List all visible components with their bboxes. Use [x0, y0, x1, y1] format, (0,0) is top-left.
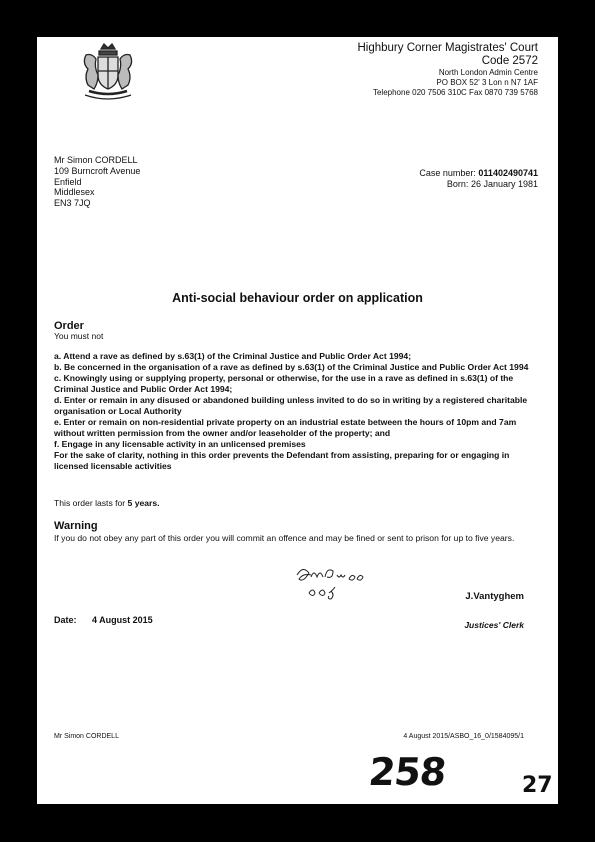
footer-reference: 4 August 2015/ASBO_16_0/1584095/1 — [403, 733, 524, 740]
warning-heading: Warning — [54, 520, 98, 532]
court-code: Code 2572 — [357, 55, 538, 68]
handwritten-signature — [287, 557, 377, 612]
clerk-role: Justices' Clerk — [464, 620, 524, 630]
document-page: Highbury Corner Magistrates' Court Code … — [37, 37, 558, 804]
recipient-address: Mr Simon CORDELL 109 Burncroft Avenue En… — [54, 155, 140, 209]
address-line: Middlesex — [54, 187, 140, 198]
date-value: 4 August 2015 — [92, 615, 153, 625]
court-header: Highbury Corner Magistrates' Court Code … — [357, 42, 538, 98]
address-line: Mr Simon CORDELL — [54, 155, 140, 166]
court-name: Highbury Corner Magistrates' Court — [357, 42, 538, 55]
order-date: Date:4 August 2015 — [54, 615, 153, 625]
royal-coat-of-arms-icon — [77, 41, 139, 103]
clause-a: a. Attend a rave as defined by s.63(1) o… — [54, 351, 544, 362]
order-subheading: You must not — [54, 331, 103, 341]
clause-f: f. Engage in any licensable activity in … — [54, 439, 544, 450]
order-duration: This order lasts for 5 years. — [54, 498, 160, 508]
clerk-name: J.Vantyghem — [465, 591, 524, 602]
document-title: Anti-social behaviour order on applicati… — [37, 291, 558, 305]
duration-prefix: This order lasts for — [54, 498, 128, 508]
order-clauses: a. Attend a rave as defined by s.63(1) o… — [54, 351, 544, 472]
born-label: Born: — [447, 179, 469, 189]
clarity-note: For the sake of clarity, nothing in this… — [54, 450, 544, 472]
footer-name: Mr Simon CORDELL — [54, 733, 119, 740]
duration-value: 5 years. — [128, 498, 160, 508]
born-date: 26 January 1981 — [471, 179, 538, 189]
case-number-label: Case number: — [419, 168, 476, 178]
address-line: 109 Burncroft Avenue — [54, 166, 140, 177]
handwritten-corner-number: 27 — [522, 773, 553, 798]
po-box: PO BOX 52' 3 Lon n N7 1AF — [357, 78, 538, 88]
clause-c: c. Knowingly using or supplying property… — [54, 373, 544, 395]
case-number: 011402490741 — [478, 168, 538, 178]
warning-text: If you do not obey any part of this orde… — [54, 533, 534, 545]
clause-b: b. Be concerned in the organisation of a… — [54, 362, 544, 373]
clause-e: e. Enter or remain on non-residential pr… — [54, 417, 544, 439]
address-line: Enfield — [54, 177, 140, 188]
telephone: Telephone 020 7506 310C Fax 0870 739 576… — [357, 88, 538, 98]
admin-centre: North London Admin Centre — [357, 68, 538, 78]
case-details: Case number: 011402490741 Born: 26 Janua… — [419, 168, 538, 191]
address-line: EN3 7JQ — [54, 198, 140, 209]
clause-d: d. Enter or remain in any disused or aba… — [54, 395, 544, 417]
date-label: Date: — [54, 615, 92, 625]
handwritten-page-number: 258 — [367, 750, 448, 794]
